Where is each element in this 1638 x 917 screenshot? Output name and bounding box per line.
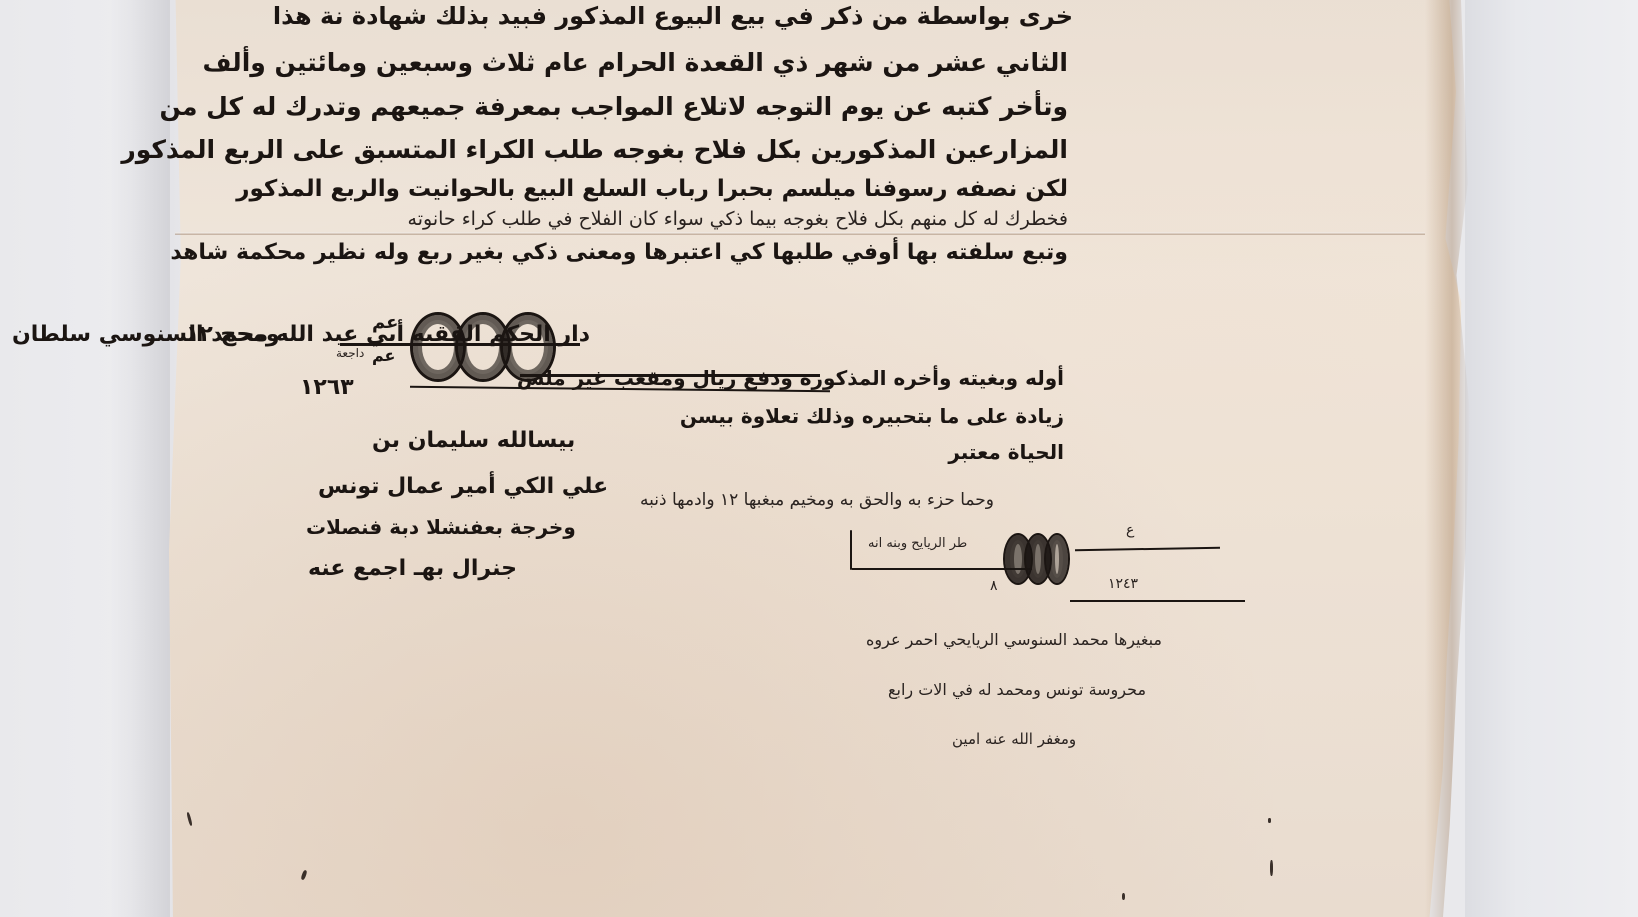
paper-speck (1268, 818, 1271, 823)
margin-note: ومحج ١٢ (186, 322, 280, 347)
text-line-3: وتأخر كتبه عن يوم التوجه لاتلاع المواجب … (159, 92, 1068, 121)
text-line-6: فخطرك له كل منهم بكل فلاح بغوجه بيما ذكي… (408, 208, 1068, 230)
lower-note-line-3: ومغفر الله عنه امين (952, 730, 1076, 748)
witness-line: وحما حزء به والحق به ومخيم مبغبها ١٢ واد… (640, 490, 994, 510)
right-seal-label: ع (1126, 522, 1134, 538)
text-line-2: الثاني عشر من شهر ذي القعدة الحرام عام ث… (203, 48, 1068, 77)
paper-speck (1122, 893, 1125, 900)
signature-line-2: علي الكي أمير عمال تونس (318, 474, 608, 499)
text-line-5: لكن نصفه رسوفنا ميلسم بحبرا رباب السلع ا… (236, 176, 1068, 202)
text-line-4: المزارعين المذكورين بكل فلاح بغوجه طلب ا… (121, 135, 1068, 164)
text-line-1: خرى بواسطة من ذكر في بيع البيوع المذكور … (273, 2, 1073, 30)
text-line-10: زيادة على ما بتحبيره وذلك تعلاوة بيسن (680, 404, 1064, 428)
lower-note-line-2: محروسة تونس ومحمد له في الات رابع (888, 680, 1146, 699)
right-seal-inner-text: طر الريايح وبنه انه (868, 536, 967, 551)
backdrop-right (1465, 0, 1638, 917)
text-line-9: أوله وبغيته وأخره المذكورة ودفع ريال ومق… (517, 366, 1064, 390)
seal-flourish-2 (520, 374, 820, 377)
seal-frame-left (850, 530, 852, 570)
text-line-7: وتبع سلفته بها أوفي طلبها كي اعتبرها ومع… (170, 240, 1068, 265)
seal-year: ١٢٦٣ (300, 375, 354, 400)
seal-label-top: عم (372, 312, 398, 333)
ink-seal-3 (500, 312, 556, 382)
signature-line-1: بيسالله سليمان بن (372, 428, 575, 453)
paper-speck (1270, 860, 1273, 876)
fold-crease (175, 232, 1425, 235)
signature-line-3: وخرجة بعفنشلا دبة فنصلات (306, 515, 576, 539)
lower-note-line-1: مبغيرها محمد السنوسي الريايحي احمر عروه (866, 630, 1162, 649)
small-seal-3 (1044, 533, 1070, 585)
text-line-11: الحياة معتبر (948, 440, 1064, 464)
torn-page-edge (1425, 0, 1470, 917)
seal-line-lower (1070, 600, 1245, 602)
right-seal-mark: ٨ (990, 578, 998, 594)
signature-line-4: جنرال بهـ اجمع عنه (308, 556, 517, 581)
right-seal-number: ١٢٤٣ (1108, 576, 1138, 592)
seal-label-mid: داجعة (336, 346, 364, 360)
seal-label-bottom: عم (372, 346, 395, 365)
